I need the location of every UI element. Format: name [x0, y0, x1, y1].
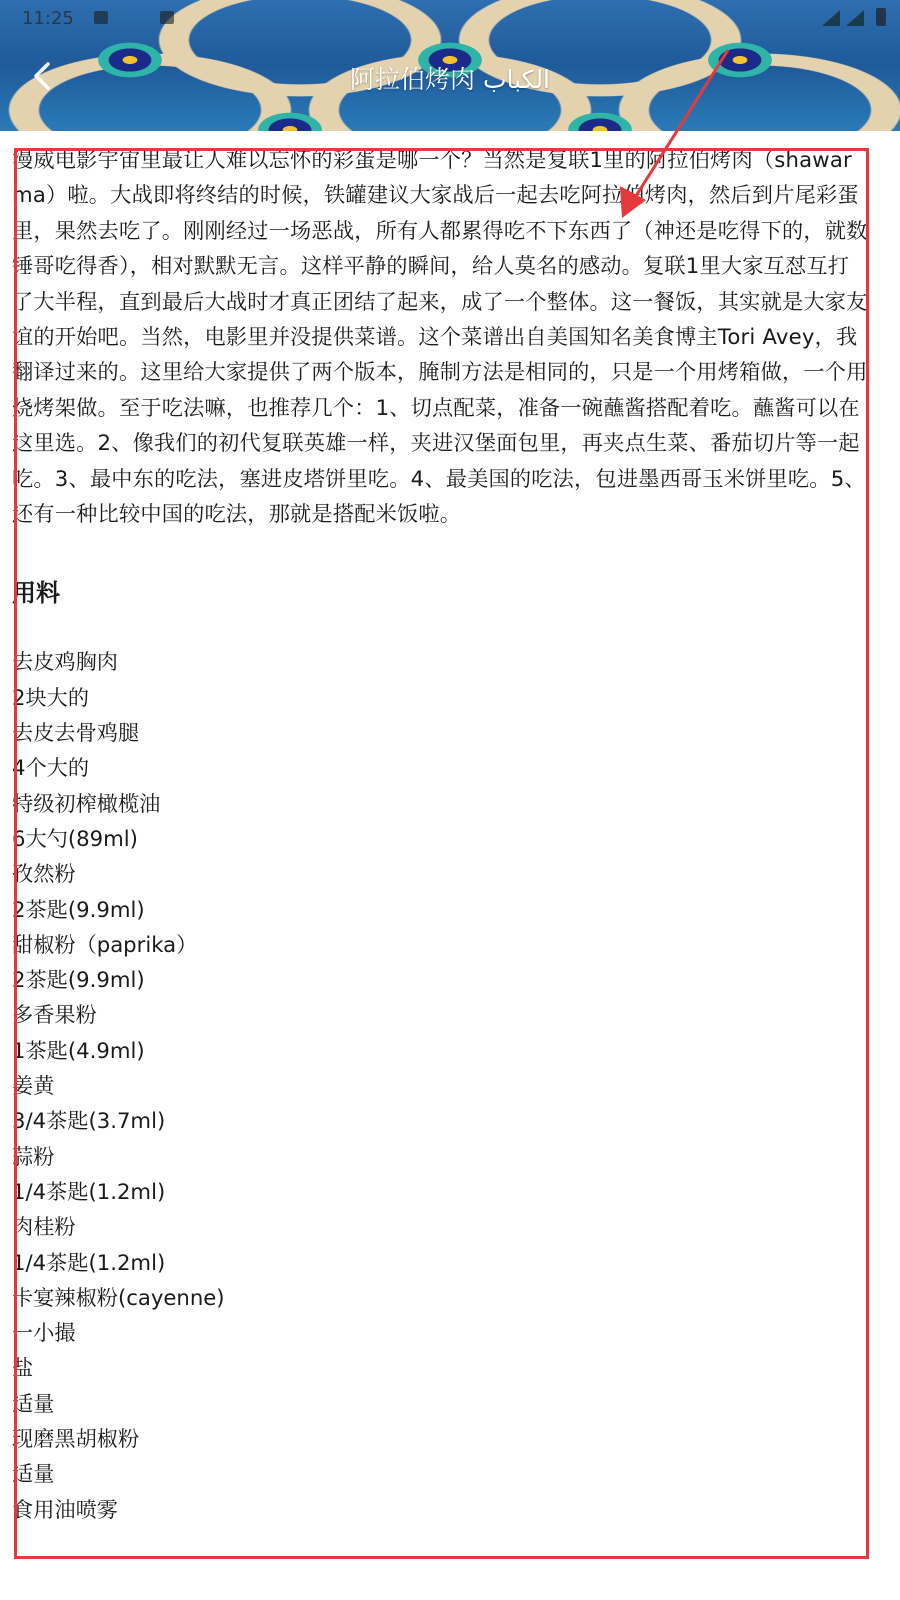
ingredient-amount: 适量 — [12, 1456, 870, 1491]
ingredient-name: 现磨黑胡椒粉 — [12, 1421, 870, 1456]
ingredient-amount: 1茶匙(4.9ml) — [12, 1033, 870, 1068]
ingredient-amount: 2块大的 — [12, 680, 870, 715]
header-banner: 11:25 阿拉伯烤肉 الكباب — [0, 0, 900, 131]
ingredient-name: 去皮鸡胸肉 — [12, 644, 870, 679]
ingredient-amount: 适量 — [12, 1386, 870, 1421]
ingredients-list: 去皮鸡胸肉 2块大的 去皮去骨鸡腿 4个大的 特级初榨橄榄油 6大勺(89ml)… — [12, 644, 870, 1526]
ingredient-name: 肉桂粉 — [12, 1209, 870, 1244]
ingredient-name: 卡宴辣椒粉(cayenne) — [12, 1280, 870, 1315]
page-title: 阿拉伯烤肉 الكباب — [0, 60, 900, 96]
ingredient-name: 姜黄 — [12, 1068, 870, 1103]
ingredient-amount: 2茶匙(9.9ml) — [12, 892, 870, 927]
ingredient-name: 甜椒粉（paprika） — [12, 927, 870, 962]
ingredient-name: 孜然粉 — [12, 856, 870, 891]
battery-icon — [876, 8, 886, 26]
ingredient-amount: 一小撮 — [12, 1315, 870, 1350]
status-time: 11:25 — [22, 8, 74, 29]
ingredient-name: 食用油喷雾 — [12, 1492, 870, 1527]
article-content: 漫威电影宇宙里最让人难以忘怀的彩蛋是哪一个？当然是复联1里的阿拉伯烤肉（shaw… — [12, 142, 870, 1527]
ingredient-name: 多香果粉 — [12, 997, 870, 1032]
article-intro: 漫威电影宇宙里最让人难以忘怀的彩蛋是哪一个？当然是复联1里的阿拉伯烤肉（shaw… — [12, 142, 870, 531]
ingredient-name: 去皮去骨鸡腿 — [12, 715, 870, 750]
ingredient-amount: 2茶匙(9.9ml) — [12, 962, 870, 997]
ingredient-amount: 4个大的 — [12, 750, 870, 785]
wifi-icon — [822, 10, 840, 26]
ingredient-name: 盐 — [12, 1350, 870, 1385]
ingredient-amount: 1/4茶匙(1.2ml) — [12, 1245, 870, 1280]
gallery-notification-icon — [94, 11, 108, 24]
ingredient-name: 蒜粉 — [12, 1139, 870, 1174]
ingredient-amount: 1/4茶匙(1.2ml) — [12, 1174, 870, 1209]
status-bar: 11:25 — [0, 0, 900, 36]
font-notification-icon — [160, 11, 174, 24]
ingredients-heading: 用料 — [12, 573, 870, 608]
signal-icon — [846, 10, 864, 26]
ingredient-name: 特级初榨橄榄油 — [12, 786, 870, 821]
ingredient-amount: 6大勺(89ml) — [12, 821, 870, 856]
ingredient-amount: 3/4茶匙(3.7ml) — [12, 1103, 870, 1138]
